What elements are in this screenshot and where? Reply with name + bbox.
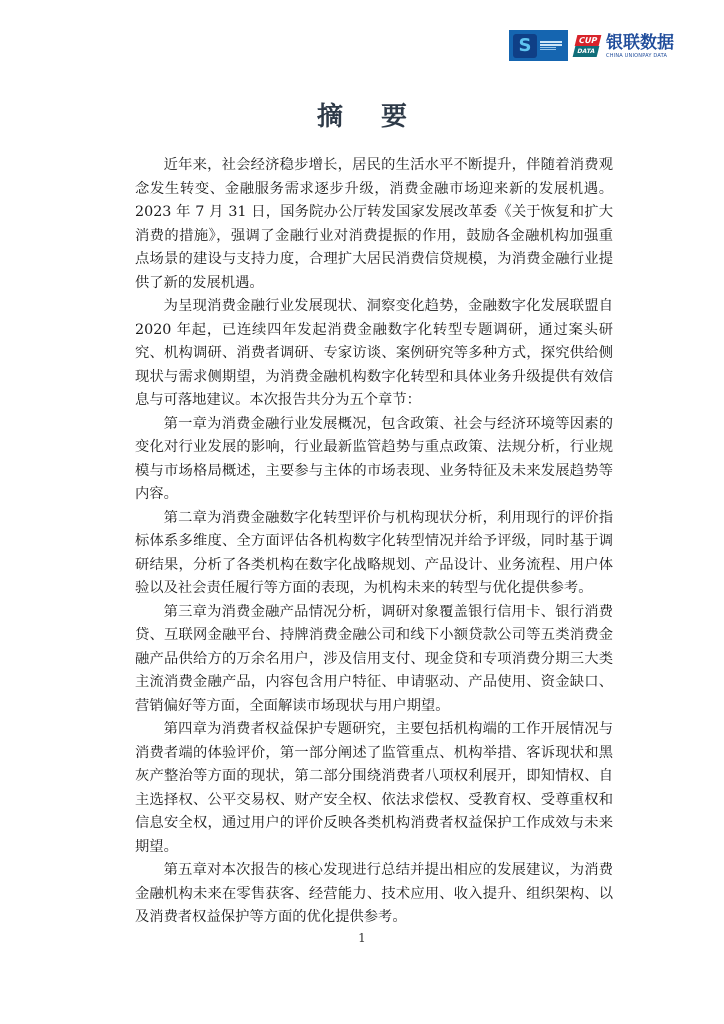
paragraph-chapter-1: 第一章为消费金融行业发展概况，包含政策、社会与经济环境等因素的变化对行业发展的影… xyxy=(135,413,613,507)
paragraph-chapter-4: 第四章为消费者权益保护专题研究，主要包括机构端的工作开展情况与消费者端的体验评价… xyxy=(135,718,613,859)
header-logos: S CUP DATA 银联数据 CHINA UNIONPAY DATA xyxy=(509,30,674,61)
page-title: 摘要 xyxy=(0,96,724,133)
alliance-logo-text xyxy=(540,41,568,50)
logo-name-en: CHINA UNIONPAY DATA xyxy=(606,53,667,59)
fintech-alliance-logo: S xyxy=(509,30,568,61)
paragraph-chapter-3: 第三章为消费金融产品情况分析，调研对象覆盖银行信用卡、银行消费贷、互联网金融平台… xyxy=(135,601,613,719)
china-unionpay-data-logo: 银联数据 CHINA UNIONPAY DATA xyxy=(606,33,674,59)
alliance-mark-icon: S xyxy=(513,34,537,58)
paragraph-overview: 为呈现消费金融行业发展现状、洞察变化趋势，金融数字化发展联盟自 2020 年起，… xyxy=(135,295,613,413)
paragraph-chapter-2: 第二章为消费金融数字化转型评价与机构现状分析，利用现行的评价指标体系多维度、全方… xyxy=(135,507,613,601)
logo-name-cn: 银联数据 xyxy=(606,33,674,53)
page-number: 1 xyxy=(0,931,724,945)
paragraph-chapter-5: 第五章对本次报告的核心发现进行总结并提出相应的发展建议，为消费金融机构未来在零售… xyxy=(135,859,613,930)
paragraph-intro: 近年来，社会经济稳步增长，居民的生活水平不断提升，伴随着消费观念发生转变、金融服… xyxy=(135,154,613,295)
cup-data-badge-icon: CUP DATA xyxy=(574,35,600,57)
abstract-body: 近年来，社会经济稳步增长，居民的生活水平不断提升，伴随着消费观念发生转变、金融服… xyxy=(135,154,613,930)
